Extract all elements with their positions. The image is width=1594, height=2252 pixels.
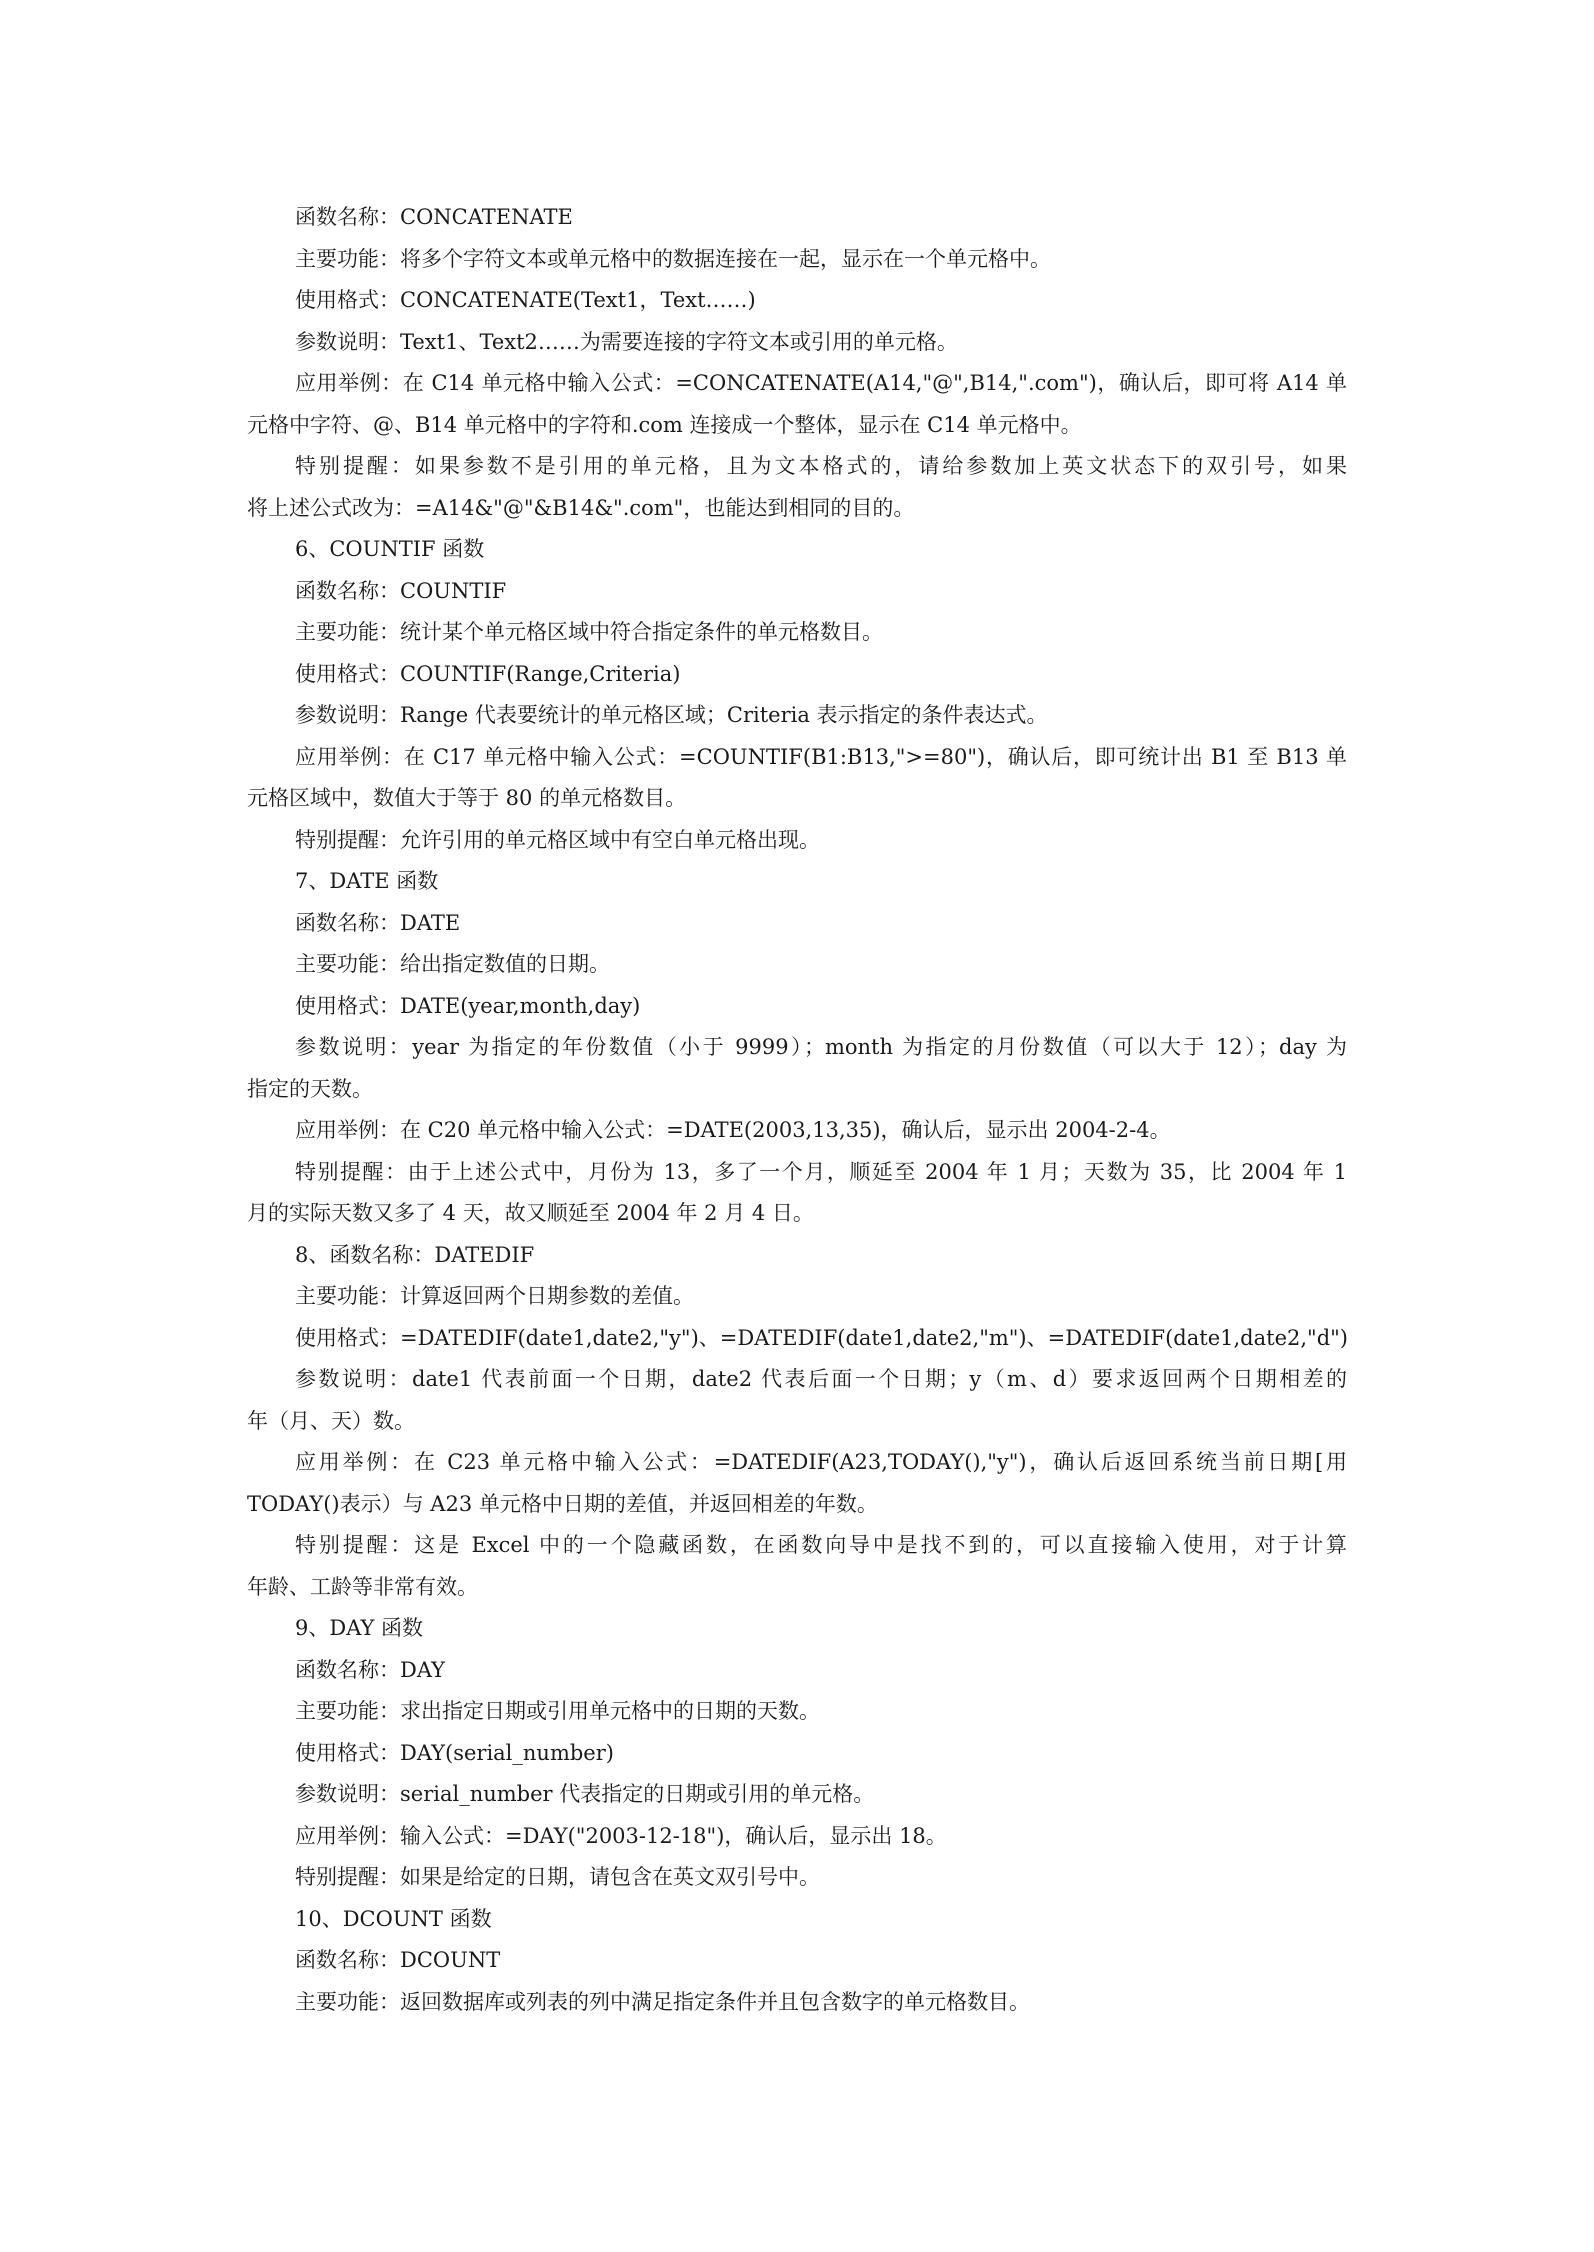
paragraph-line: 主要功能：返回数据库或列表的列中满足指定条件并且包含数字的单元格数目。	[247, 1982, 1347, 2024]
paragraph-line: 使用格式：CONCATENATE(Text1，Text……)	[247, 280, 1347, 322]
paragraph: 主要功能：返回数据库或列表的列中满足指定条件并且包含数字的单元格数目。	[247, 1982, 1347, 2024]
paragraph-line: 参数说明：date1 代表前面一个日期，date2 代表后面一个日期；y（m、d…	[247, 1359, 1347, 1401]
paragraph: 应用举例：在 C23 单元格中输入公式：=DATEDIF(A23,TODAY()…	[247, 1442, 1347, 1525]
paragraph: 函数名称：COUNTIF	[247, 571, 1347, 613]
paragraph-line: 使用格式：DAY(serial_number)	[247, 1733, 1347, 1775]
paragraph: 使用格式：CONCATENATE(Text1，Text……)	[247, 280, 1347, 322]
paragraph-line: 特别提醒：如果是给定的日期，请包含在英文双引号中。	[247, 1857, 1347, 1899]
paragraph-line: 函数名称：DATE	[247, 903, 1347, 945]
paragraph: 使用格式：DATE(year,month,day)	[247, 986, 1347, 1028]
paragraph-line: 参数说明：year 为指定的年份数值（小于 9999）；month 为指定的月份…	[247, 1027, 1347, 1069]
paragraph: 主要功能：将多个字符文本或单元格中的数据连接在一起，显示在一个单元格中。	[247, 239, 1347, 281]
paragraph-continuation-line: 元格中字符、@、B14 单元格中的字符和.com 连接成一个整体，显示在 C14…	[247, 405, 1347, 447]
paragraph: 应用举例：输入公式：=DAY("2003-12-18")，确认后，显示出 18。	[247, 1816, 1347, 1858]
paragraph: 主要功能：统计某个单元格区域中符合指定条件的单元格数目。	[247, 612, 1347, 654]
paragraph-line: 应用举例：在 C23 单元格中输入公式：=DATEDIF(A23,TODAY()…	[247, 1442, 1347, 1484]
paragraph: 主要功能：计算返回两个日期参数的差值。	[247, 1276, 1347, 1318]
paragraph-line: 函数名称：DAY	[247, 1650, 1347, 1692]
paragraph-line: 参数说明：serial_number 代表指定的日期或引用的单元格。	[247, 1774, 1347, 1816]
paragraph: 使用格式：COUNTIF(Range,Criteria)	[247, 654, 1347, 696]
paragraph-continuation-line: TODAY()表示）与 A23 单元格中日期的差值，并返回相差的年数。	[247, 1484, 1347, 1526]
paragraph: 特别提醒：如果参数不是引用的单元格，且为文本格式的，请给参数加上英文状态下的双引…	[247, 446, 1347, 529]
paragraph: 使用格式：=DATEDIF(date1,date2,"y")、=DATEDIF(…	[247, 1318, 1347, 1360]
paragraph-line: 特别提醒：由于上述公式中，月份为 13，多了一个月，顺延至 2004 年 1 月…	[247, 1152, 1347, 1194]
paragraph-continuation-line: 年龄、工龄等非常有效。	[247, 1567, 1347, 1609]
paragraph: 应用举例：在 C17 单元格中输入公式：=COUNTIF(B1:B13,">=8…	[247, 737, 1347, 820]
paragraph: 6、COUNTIF 函数	[247, 529, 1347, 571]
paragraph-line: 6、COUNTIF 函数	[247, 529, 1347, 571]
paragraph-line: 函数名称：CONCATENATE	[247, 197, 1347, 239]
paragraph-line: 主要功能：统计某个单元格区域中符合指定条件的单元格数目。	[247, 612, 1347, 654]
paragraph-line: 8、函数名称：DATEDIF	[247, 1235, 1347, 1277]
paragraph-line: 使用格式：COUNTIF(Range,Criteria)	[247, 654, 1347, 696]
paragraph-line: 函数名称：DCOUNT	[247, 1940, 1347, 1982]
paragraph: 9、DAY 函数	[247, 1608, 1347, 1650]
paragraph: 主要功能：求出指定日期或引用单元格中的日期的天数。	[247, 1691, 1347, 1733]
paragraph-line: 10、DCOUNT 函数	[247, 1899, 1347, 1941]
paragraph: 参数说明：date1 代表前面一个日期，date2 代表后面一个日期；y（m、d…	[247, 1359, 1347, 1442]
paragraph-line: 应用举例：在 C17 单元格中输入公式：=COUNTIF(B1:B13,">=8…	[247, 737, 1347, 779]
paragraph: 应用举例：在 C20 单元格中输入公式：=DATE(2003,13,35)，确认…	[247, 1110, 1347, 1152]
paragraph: 8、函数名称：DATEDIF	[247, 1235, 1347, 1277]
paragraph-line: 参数说明：Range 代表要统计的单元格区域；Criteria 表示指定的条件表…	[247, 695, 1347, 737]
paragraph-line: 主要功能：求出指定日期或引用单元格中的日期的天数。	[247, 1691, 1347, 1733]
paragraph-line: 特别提醒：这是 Excel 中的一个隐藏函数，在函数向导中是找不到的，可以直接输…	[247, 1525, 1347, 1567]
paragraph: 特别提醒：如果是给定的日期，请包含在英文双引号中。	[247, 1857, 1347, 1899]
paragraph-line: 9、DAY 函数	[247, 1608, 1347, 1650]
paragraph: 参数说明：year 为指定的年份数值（小于 9999）；month 为指定的月份…	[247, 1027, 1347, 1110]
paragraph-line: 主要功能：给出指定数值的日期。	[247, 944, 1347, 986]
paragraph-line: 主要功能：将多个字符文本或单元格中的数据连接在一起，显示在一个单元格中。	[247, 239, 1347, 281]
paragraph: 函数名称：DAY	[247, 1650, 1347, 1692]
paragraph-line: 函数名称：COUNTIF	[247, 571, 1347, 613]
paragraph: 函数名称：DATE	[247, 903, 1347, 945]
paragraph-continuation-line: 指定的天数。	[247, 1069, 1347, 1111]
paragraph-line: 应用举例：输入公式：=DAY("2003-12-18")，确认后，显示出 18。	[247, 1816, 1347, 1858]
paragraph: 使用格式：DAY(serial_number)	[247, 1733, 1347, 1775]
paragraph-line: 特别提醒：允许引用的单元格区域中有空白单元格出现。	[247, 820, 1347, 862]
paragraph-line: 特别提醒：如果参数不是引用的单元格，且为文本格式的，请给参数加上英文状态下的双引…	[247, 446, 1347, 488]
paragraph: 参数说明：serial_number 代表指定的日期或引用的单元格。	[247, 1774, 1347, 1816]
paragraph-line: 主要功能：计算返回两个日期参数的差值。	[247, 1276, 1347, 1318]
paragraph: 特别提醒：由于上述公式中，月份为 13，多了一个月，顺延至 2004 年 1 月…	[247, 1152, 1347, 1235]
paragraph: 主要功能：给出指定数值的日期。	[247, 944, 1347, 986]
paragraph: 函数名称：DCOUNT	[247, 1940, 1347, 1982]
paragraph-line: 参数说明：Text1、Text2……为需要连接的字符文本或引用的单元格。	[247, 322, 1347, 364]
paragraph-continuation-line: 将上述公式改为：=A14&"@"&B14&".com"，也能达到相同的目的。	[247, 488, 1347, 530]
paragraph-continuation-line: 年（月、天）数。	[247, 1401, 1347, 1443]
paragraph: 特别提醒：这是 Excel 中的一个隐藏函数，在函数向导中是找不到的，可以直接输…	[247, 1525, 1347, 1608]
paragraph-line: 应用举例：在 C14 单元格中输入公式：=CONCATENATE(A14,"@"…	[247, 363, 1347, 405]
paragraph-line: 使用格式：=DATEDIF(date1,date2,"y")、=DATEDIF(…	[247, 1318, 1347, 1360]
paragraph: 7、DATE 函数	[247, 861, 1347, 903]
paragraph: 函数名称：CONCATENATE	[247, 197, 1347, 239]
paragraph-continuation-line: 元格区域中，数值大于等于 80 的单元格数目。	[247, 778, 1347, 820]
paragraph-continuation-line: 月的实际天数又多了 4 天，故又顺延至 2004 年 2 月 4 日。	[247, 1193, 1347, 1235]
paragraph: 10、DCOUNT 函数	[247, 1899, 1347, 1941]
paragraph: 应用举例：在 C14 单元格中输入公式：=CONCATENATE(A14,"@"…	[247, 363, 1347, 446]
paragraph: 参数说明：Range 代表要统计的单元格区域；Criteria 表示指定的条件表…	[247, 695, 1347, 737]
paragraph-line: 7、DATE 函数	[247, 861, 1347, 903]
document-page: 函数名称：CONCATENATE主要功能：将多个字符文本或单元格中的数据连接在一…	[247, 197, 1347, 2023]
paragraph-line: 应用举例：在 C20 单元格中输入公式：=DATE(2003,13,35)，确认…	[247, 1110, 1347, 1152]
paragraph-line: 使用格式：DATE(year,month,day)	[247, 986, 1347, 1028]
paragraph: 特别提醒：允许引用的单元格区域中有空白单元格出现。	[247, 820, 1347, 862]
paragraph: 参数说明：Text1、Text2……为需要连接的字符文本或引用的单元格。	[247, 322, 1347, 364]
